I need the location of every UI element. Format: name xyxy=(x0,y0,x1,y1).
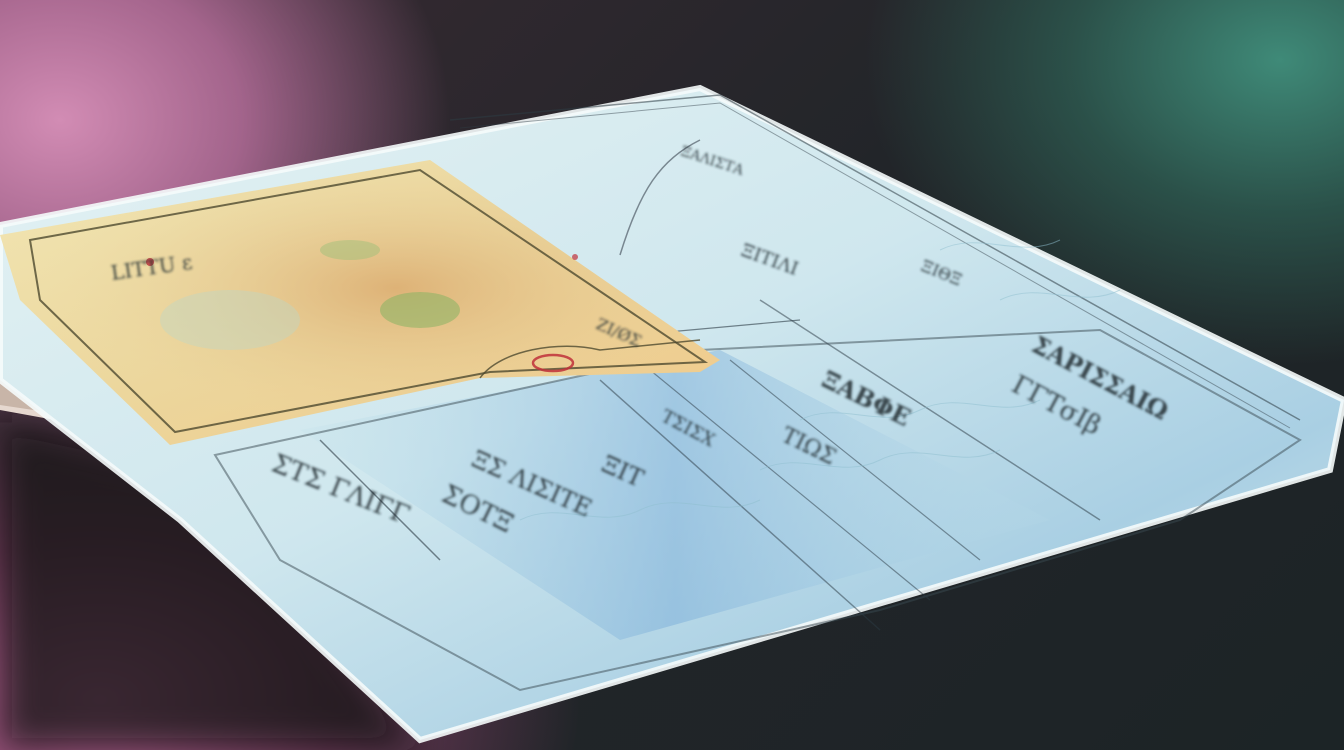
photo-scene: LITTU ε ZI/ØΣ ΞΑΛΙΣΤΑ ΞΙΤΙΛΙ ΣΑΡΙΣΣΑΙΩ Γ… xyxy=(0,0,1344,750)
